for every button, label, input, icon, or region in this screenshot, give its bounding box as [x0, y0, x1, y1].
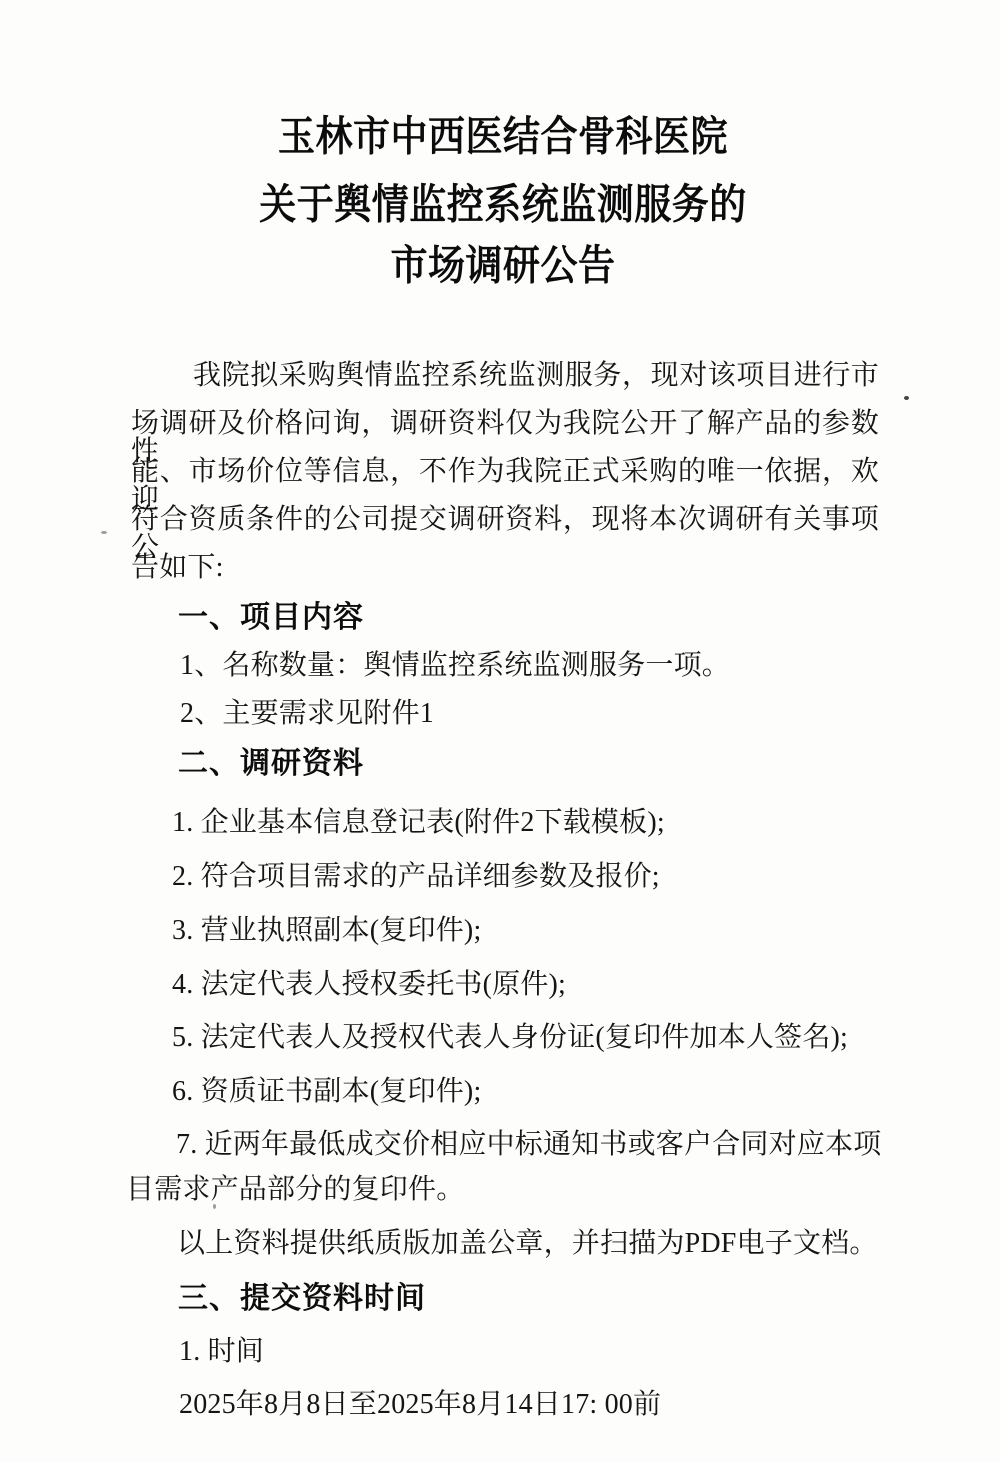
section-2-item-6: 6. 资质证书副本(复印件);: [172, 1078, 481, 1106]
scan-artifact-dot: [904, 396, 909, 400]
intro-line-1: 我院拟采购舆情监控系统监测服务，现对该项目进行市: [131, 362, 879, 390]
scan-artifact-smudge: [101, 531, 107, 534]
section-1-item-2: 2、主要需求见附件1: [180, 700, 434, 728]
section-2-item-5: 5. 法定代表人及授权代表人身份证(复印件加本人签名);: [172, 1024, 848, 1052]
section-2-item-7-line-1: 7. 近两年最低成交价相应中标通知书或客户合同对应本项: [176, 1131, 881, 1159]
section-3-heading: 三、提交资料时间: [178, 1284, 426, 1314]
doc-title-line-1: 玉林市中西医结合骨科医院: [3, 117, 1000, 158]
section-2-item-3: 3. 营业执照副本(复印件);: [172, 917, 481, 945]
doc-title-line-2: 关于舆情监控系统监测服务的: [3, 185, 1000, 226]
section-3-item-1: 1. 时间: [179, 1338, 264, 1366]
intro-line-5: 告如下:: [131, 554, 224, 582]
section-1-heading: 一、项目内容: [178, 603, 364, 633]
section-2-note: 以上资料提供纸质版加盖公章，并扫描为PDF电子文档。: [177, 1230, 878, 1258]
section-2-heading: 二、调研资料: [178, 749, 364, 779]
doc-title-line-3: 市场调研公告: [3, 246, 1000, 287]
section-2-item-7-line-2: 目需求产品部分的复印件。: [126, 1176, 464, 1204]
scan-artifact-speck: [213, 1204, 216, 1209]
section-2-item-4: 4. 法定代表人授权委托书(原件);: [172, 971, 566, 999]
scanned-document-page: 玉林市中西医结合骨科医院 关于舆情监控系统监测服务的 市场调研公告 我院拟采购舆…: [0, 0, 1000, 1462]
section-3-deadline: 2025年8月8日至2025年8月14日17: 00前: [179, 1391, 661, 1419]
intro-line-4: 符合资质条件的公司提交调研资料，现将本次调研有关事项公: [131, 506, 879, 562]
section-2-item-1: 1. 企业基本信息登记表(附件2下载模板);: [172, 809, 665, 837]
section-1-item-1: 1、名称数量：舆情监控系统监测服务一项。: [180, 652, 730, 680]
section-2-item-2: 2. 符合项目需求的产品详细参数及报价;: [172, 863, 660, 891]
